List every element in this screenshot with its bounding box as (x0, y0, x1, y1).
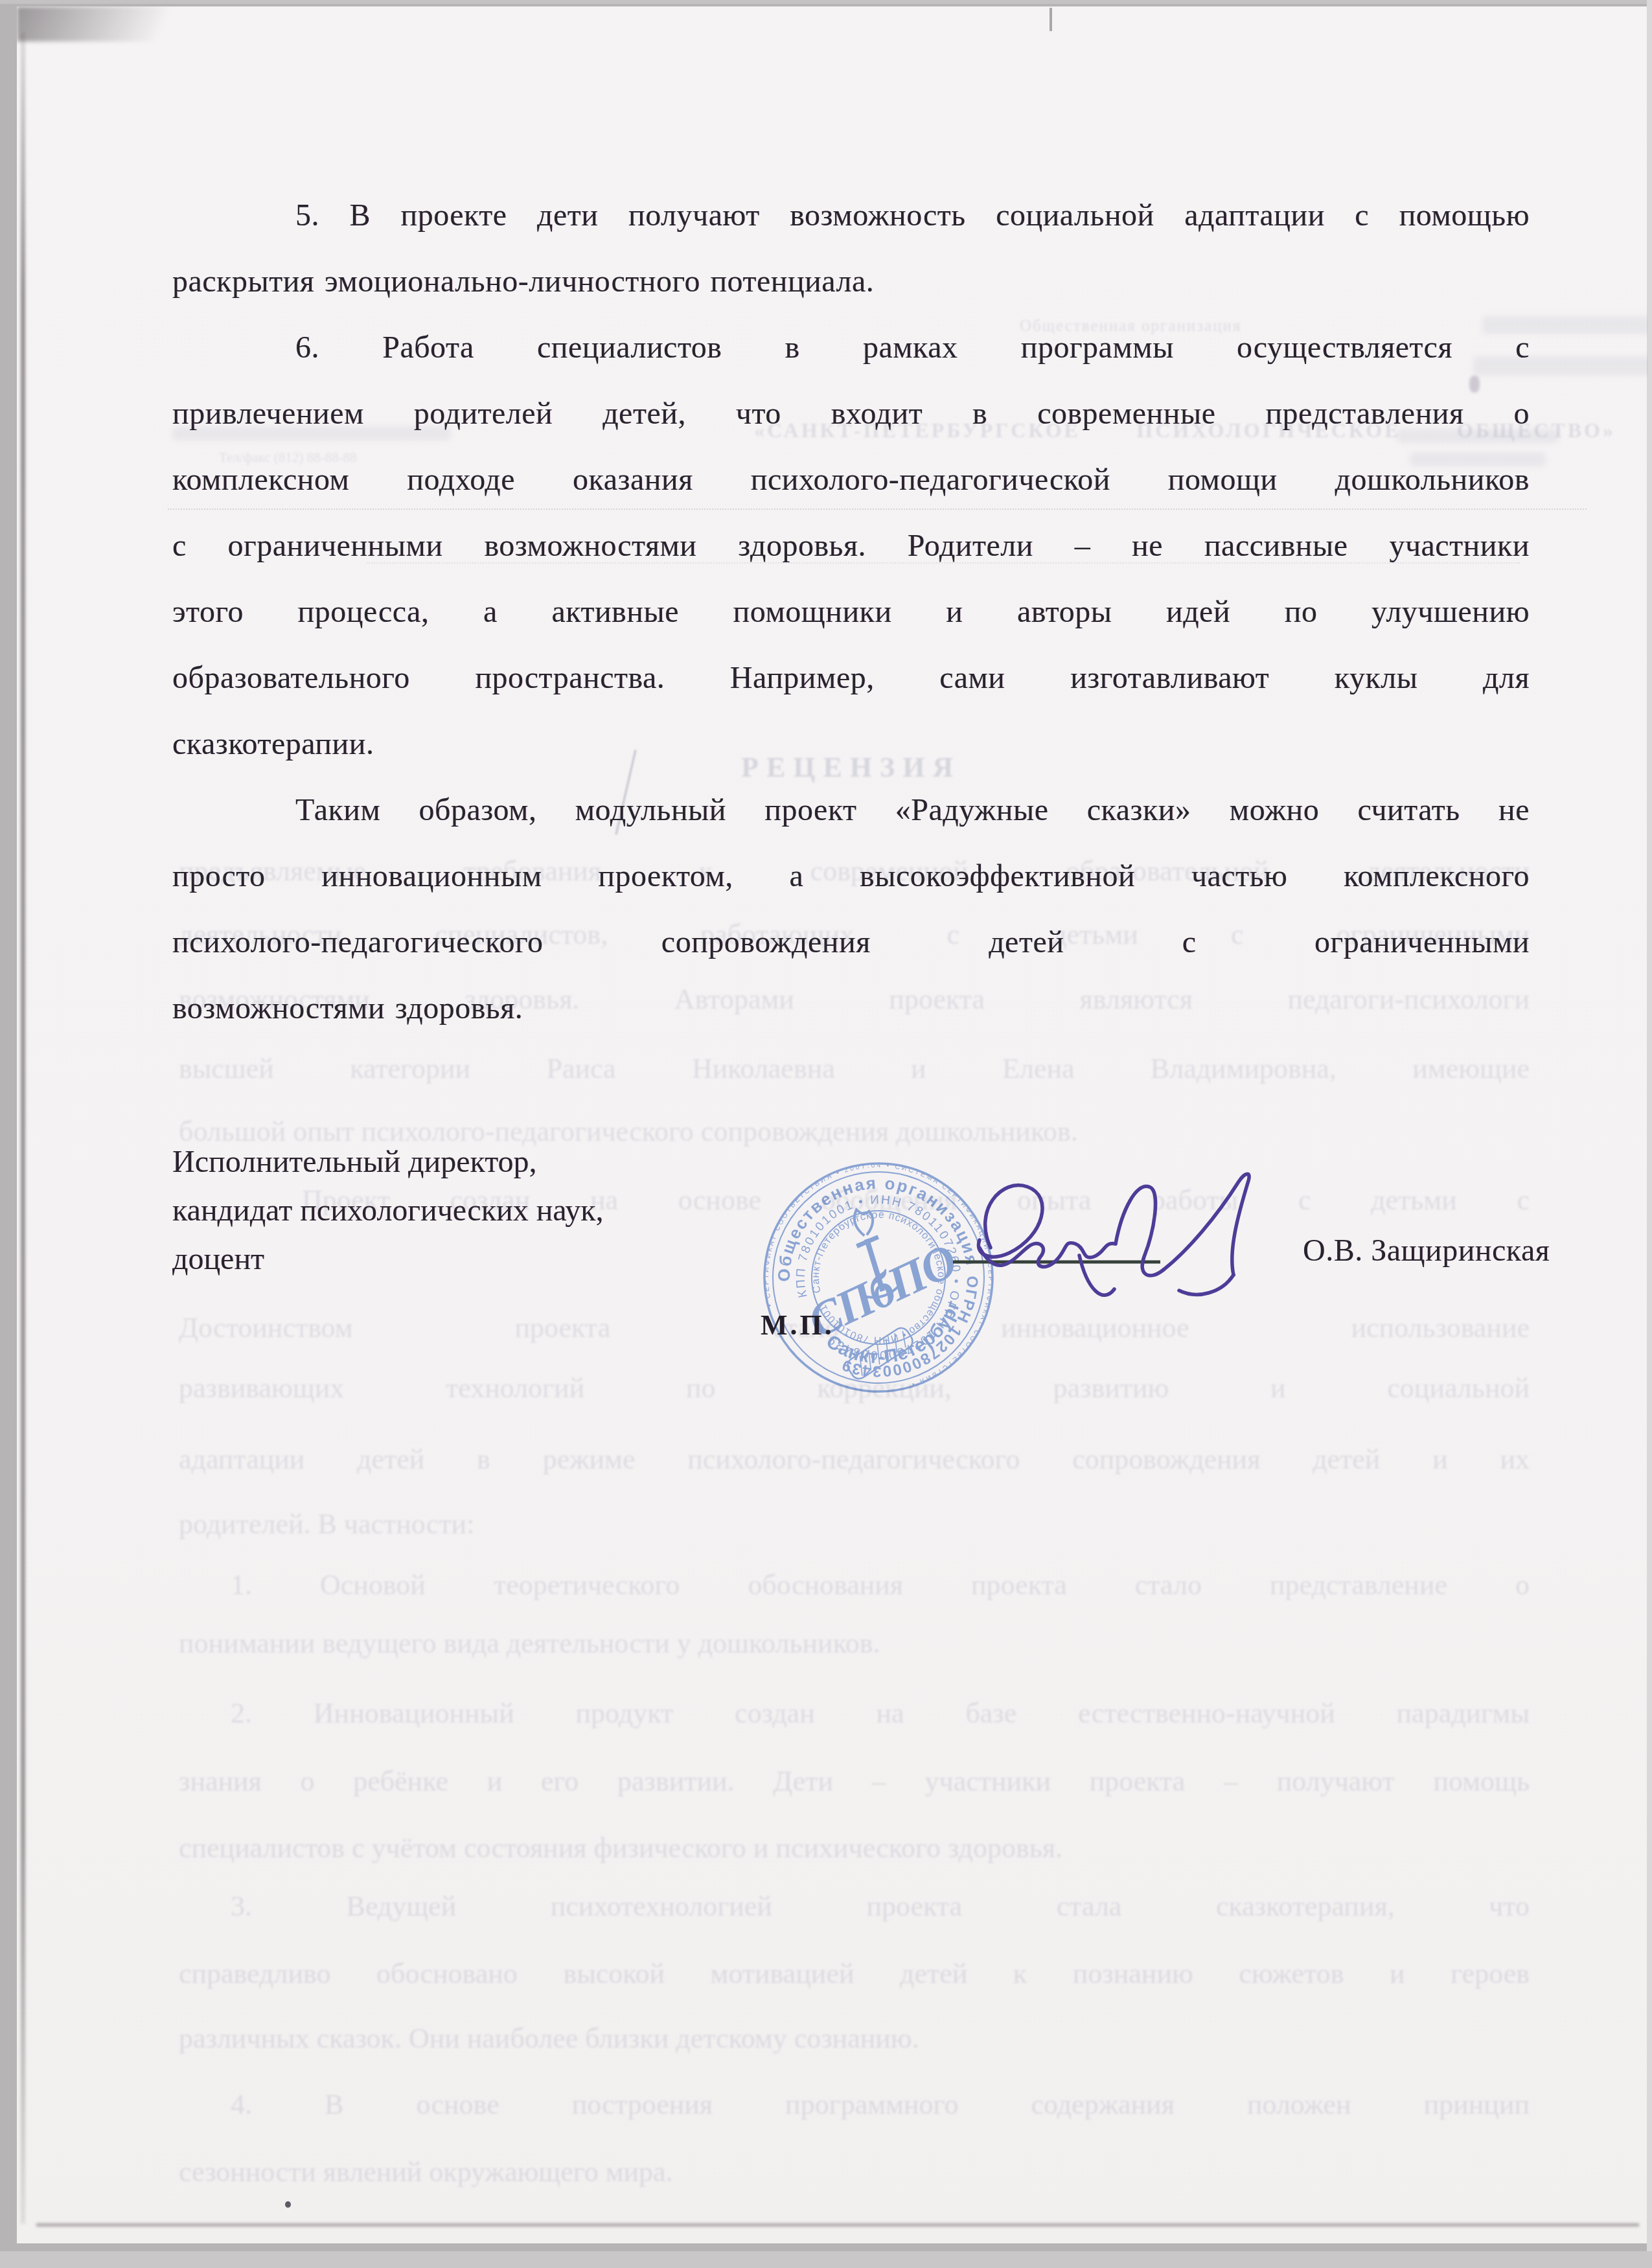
bleedthrough-text-line: сезонности явлений окружающего мира. (179, 2156, 673, 2189)
bleedthrough-text-line: 3. Ведущей психотехнологией проекта стал… (231, 1890, 1530, 1928)
signature-title-line: доцент (172, 1235, 604, 1283)
text-line: 6. Работа специалистов в рамках программ… (172, 315, 1530, 381)
seal-place-mark: М.П. (761, 1309, 834, 1342)
text-line: привлечением родителей детей, что входит… (172, 381, 1530, 447)
text-line: 5. В проекте дети получают возможность с… (172, 183, 1530, 249)
text-line: этого процесса, а активные помощники и а… (172, 579, 1530, 645)
bleedthrough-text-line: знания о ребёнке и его развитии. Дети – … (179, 1765, 1530, 1803)
page-bottom-edge-shadow (36, 2223, 1639, 2227)
text-line: психолого-педагогического сопровождения … (172, 910, 1530, 976)
bleedthrough-text-line: специалистов с учётом состояния физическ… (179, 1832, 1062, 1865)
bleedthrough-text-line: справедливо обосновано высокой мотивацие… (179, 1958, 1530, 1995)
bleedthrough-text-line: различных сказок. Они наиболее близки де… (179, 2022, 919, 2056)
text-line: образовательного пространства. Например,… (172, 645, 1530, 711)
signature-title-line: Исполнительный директор, (172, 1138, 604, 1186)
scanner-top-edge (0, 0, 1652, 4)
text-line: комплексном подходе оказания психолого-п… (172, 447, 1530, 513)
text-line: возможностями здоровья. (172, 976, 1530, 1042)
top-left-corner-shadow (17, 6, 224, 41)
scan-tick-artifact (1050, 8, 1052, 31)
scanner-right-edge (1647, 0, 1652, 2268)
text-line: Таким образом, модульный проект «Радужны… (172, 777, 1530, 843)
text-line: раскрытия эмоционально-личностного потен… (172, 249, 1530, 315)
signatory-name: О.В. Защиринская (1303, 1233, 1550, 1268)
document-body: 5. В проекте дети получают возможность с… (172, 183, 1530, 1042)
text-line: просто инновационным проектом, а высокоэ… (172, 843, 1530, 910)
signature-strokes (978, 1174, 1249, 1295)
scanned-review-page: { "document": { "language": "ru", "parag… (0, 0, 1652, 2268)
signature-title-line: кандидат психологических наук, (172, 1186, 604, 1235)
scanner-bottom-edge (0, 2251, 1652, 2268)
page-left-edge-shadow (21, 32, 25, 2224)
bleedthrough-text-line: 4. В основе построения программного соде… (231, 2089, 1530, 2126)
bleedthrough-text-line: 1. Основой теоретического обоснования пр… (231, 1569, 1530, 1607)
text-line: с ограниченными возможностями здоровья. … (172, 513, 1530, 579)
ink-dot-artifact (285, 2201, 291, 2208)
handwritten-signature (929, 1145, 1344, 1327)
signature-title-block: Исполнительный директор,кандидат психоло… (172, 1138, 604, 1283)
page: Общественная организация«САНКТ-ПЕТЕРБУРГ… (17, 6, 1648, 2243)
bleedthrough-text-line: родителей. В частности: (179, 1508, 474, 1541)
bleedthrough-text-line: понимании ведущего вида деятельности у д… (179, 1627, 880, 1660)
bleedthrough-text-line: 2. Инновационный продукт создан на базе … (231, 1697, 1530, 1735)
text-line: сказкотерапии. (172, 711, 1530, 777)
